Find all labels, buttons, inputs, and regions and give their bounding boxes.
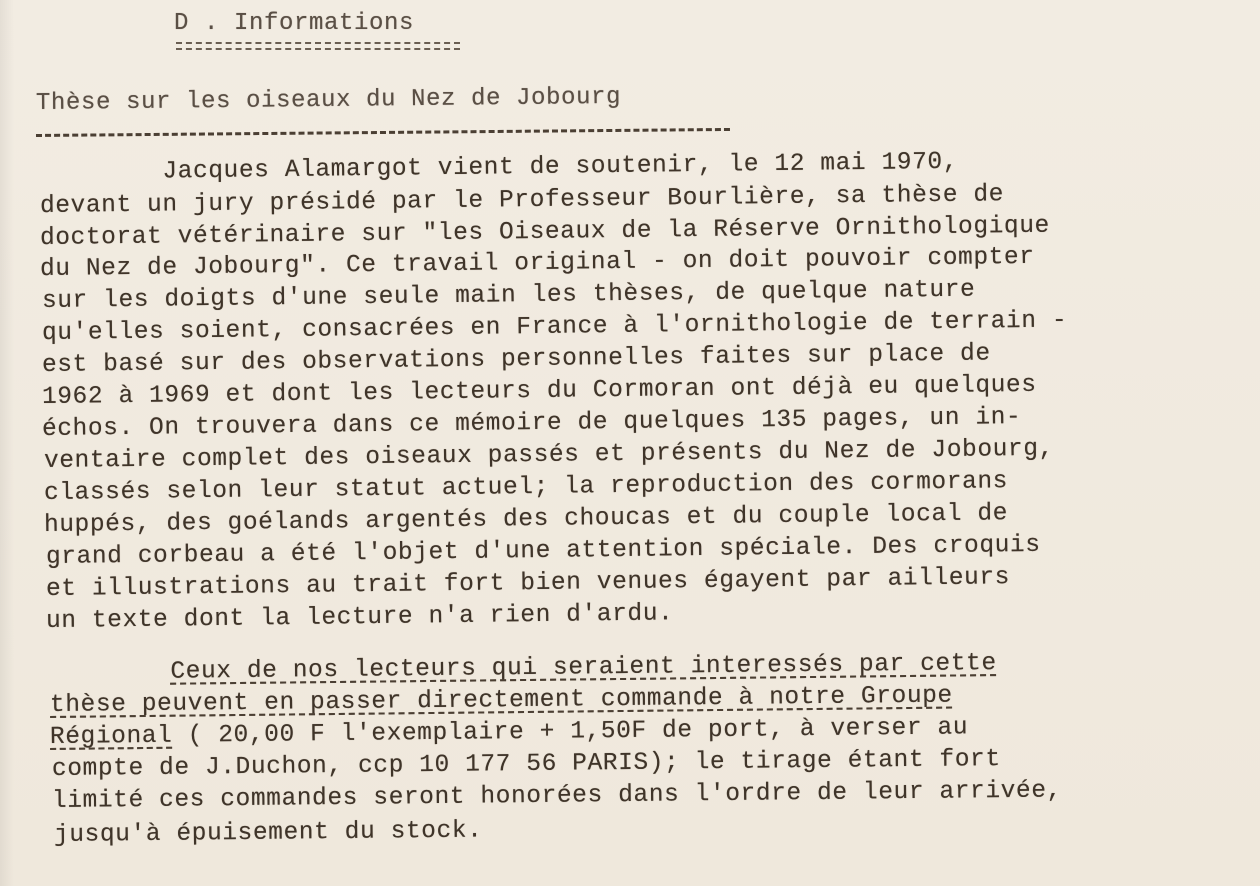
paragraph-2-line: jusqu'à épuisement du stock.: [54, 818, 483, 849]
paragraph-2-line: thèse peuvent en passer directement comm…: [50, 683, 953, 719]
paragraph-2-line: compte de J.Duchon, ccp 10 177 56 PARIS)…: [52, 746, 1001, 783]
underlined-text: Ceux de nos lecteurs qui seraient intere…: [170, 650, 997, 686]
indent: [48, 659, 171, 687]
paragraph-2-line: limité ces commandes seront honorées dan…: [52, 777, 1062, 815]
price-text: ( 20,00 F l'exemplaire + 1,50F de port, …: [172, 714, 968, 749]
underlined-text: thèse peuvent en passer directement comm…: [50, 683, 953, 719]
typewritten-page: D . Informations Thèse sur les oiseaux d…: [0, 0, 1260, 886]
article-title: Thèse sur les oiseaux du Nez de Jobourg: [36, 84, 621, 117]
paragraph-1-line: et illustrations au trait fort bien venu…: [46, 564, 1010, 603]
section-heading: D . Informations: [174, 10, 414, 37]
paragraph-1-line: Jacques Alamargot vient de soutenir, le …: [40, 149, 958, 187]
paragraph-1-line: sur les doigts d'une seule main les thès…: [42, 277, 976, 315]
section-heading-double-underline: [176, 42, 460, 50]
paragraph-2-line: Ceux de nos lecteurs qui seraient intere…: [48, 650, 997, 687]
underlined-text: Régional: [50, 723, 173, 751]
paragraph-1-line: un texte dont la lecture n'a rien d'ardu…: [46, 600, 674, 635]
article-title-underline: [36, 128, 730, 137]
paragraph-2-line: Régional ( 20,00 F l'exemplaire + 1,50F …: [50, 714, 968, 751]
